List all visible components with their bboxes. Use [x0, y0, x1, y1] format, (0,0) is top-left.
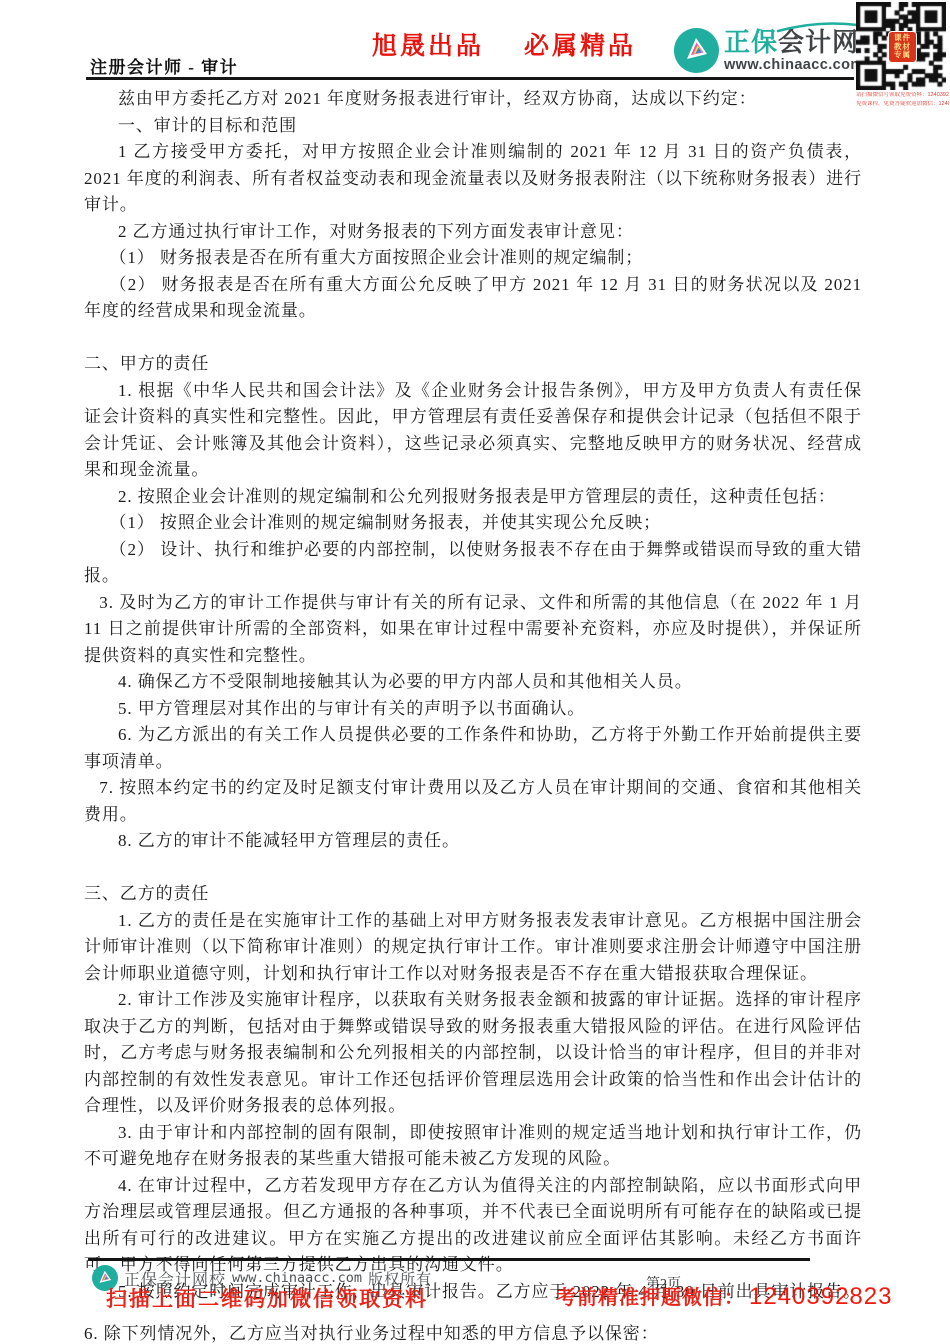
paragraph: 3. 由于审计和内部控制的固有限制，即使按照审计准则的规定适当地计划和执行审计工…: [84, 1120, 862, 1173]
paragraph: （2） 设计、执行和维护必要的内部控制，以使财务报表不存在由于舞弊或错误而导致的…: [84, 537, 862, 590]
brand-logo-icon: [674, 28, 719, 73]
paragraph: 7. 按照本约定书的约定及时足额支付审计费用以及乙方人员在审计期间的交通、食宿和…: [84, 775, 862, 828]
qr-caption-1: 请扫描微信号领取免费资料：1240392823: [856, 92, 949, 99]
footer-scan-tip: 扫描上面二维码加微信领取资料: [106, 1283, 428, 1313]
paragraph: 兹由甲方委托乙方对 2021 年度财务报表进行审计，经双方协商，达成以下约定：: [84, 86, 862, 113]
course-label: 注册会计师 - 审计: [90, 53, 238, 78]
paragraph: 4. 在审计过程中，乙方若发现甲方存在乙方认为值得关注的内部控制缺陷，应以书面形…: [84, 1173, 862, 1279]
paragraph-gap: [84, 855, 862, 882]
paragraph: （1） 按照企业会计准则的规定编制财务报表，并使其实现公允反映；: [84, 510, 862, 537]
paragraph: 2. 审计工作涉及实施审计程序，以获取有关财务报表金额和披露的审计证据。选择的审…: [84, 987, 862, 1120]
footer-wechat-number: 1240392823: [749, 1283, 892, 1311]
paragraph: 二、甲方的责任: [84, 351, 862, 378]
brand-name-accent: 正保: [724, 29, 778, 55]
paragraph: （1） 财务报表是否在所有重大方面按照企业会计准则的规定编制；: [84, 245, 862, 272]
footer-wechat-label: 考前精准押题微信：: [556, 1281, 745, 1310]
slogan-right: 必属精品: [524, 26, 636, 62]
paragraph: 6. 除下列情况外，乙方应当对执行业务过程中知悉的甲方信息予以保密：: [84, 1321, 862, 1344]
qr-center-badge: 课件 教材 专属: [888, 31, 917, 63]
footer-wechat: 考前精准押题微信： 1240392823: [556, 1281, 892, 1311]
paragraph: 5. 甲方管理层对其作出的与审计有关的声明予以书面确认。: [84, 696, 862, 723]
document-body: 兹由甲方委托乙方对 2021 年度财务报表进行审计，经双方协商，达成以下约定：一…: [84, 86, 862, 1344]
paragraph: 4. 确保乙方不受限制地接触其认为必要的甲方内部人员和其他相关人员。: [84, 669, 862, 696]
paragraph: 1. 乙方的责任是在实施审计工作的基础上对甲方财务报表发表审计意见。乙方根据中国…: [84, 908, 862, 988]
header-divider: [86, 77, 854, 80]
brand-logo: 正保 会计网校 www.chinaacc.com: [674, 28, 886, 73]
header-slogans: 旭晟出品 必属精品: [372, 26, 636, 62]
paragraph: 1. 根据《中华人民共和国会计法》及《企业财务会计报告条例》，甲方及甲方负责人有…: [84, 378, 862, 484]
document-page: 旭晟出品 必属精品 注册会计师 - 审计 正保 会计网校 www.chinaac…: [0, 0, 950, 1344]
qr-caption-2: 免费课程，免费答疑欢迎加微信：1240392823: [856, 101, 949, 108]
footer-divider: [88, 1258, 810, 1261]
paragraph: 2 乙方通过执行审计工作，对财务报表的下列方面发表审计意见：: [84, 219, 862, 246]
qr-block: 课件 教材 专属 请扫描微信号领取免费资料：1240392823 免费课程，免费…: [856, 2, 949, 108]
paragraph: 三、乙方的责任: [84, 881, 862, 908]
paragraph: 6. 为乙方派出的有关工作人员提供必要的工作条件和协助，乙方将于外勤工作开始前提…: [84, 722, 862, 775]
paragraph: （2） 财务报表是否在所有重大方面公允反映了甲方 2021 年 12 月 31 …: [84, 272, 862, 325]
qr-badge-line: 专属: [894, 51, 911, 60]
paragraph: 3. 及时为乙方的审计工作提供与审计有关的所有记录、文件和所需的其他信息（在 2…: [84, 590, 862, 670]
paragraph: 8. 乙方的审计不能减轻甲方管理层的责任。: [84, 828, 862, 855]
paragraph: 一、审计的目标和范围: [84, 113, 862, 140]
paragraph: 2. 按照企业会计准则的规定编制和公允列报财务报表是甲方管理层的责任，这种责任包…: [84, 484, 862, 511]
paragraph-gap: [84, 325, 862, 352]
paragraph: 1 乙方接受甲方委托，对甲方按照企业会计准则编制的 2021 年 12 月 31…: [84, 139, 862, 219]
slogan-left: 旭晟出品: [372, 26, 484, 62]
